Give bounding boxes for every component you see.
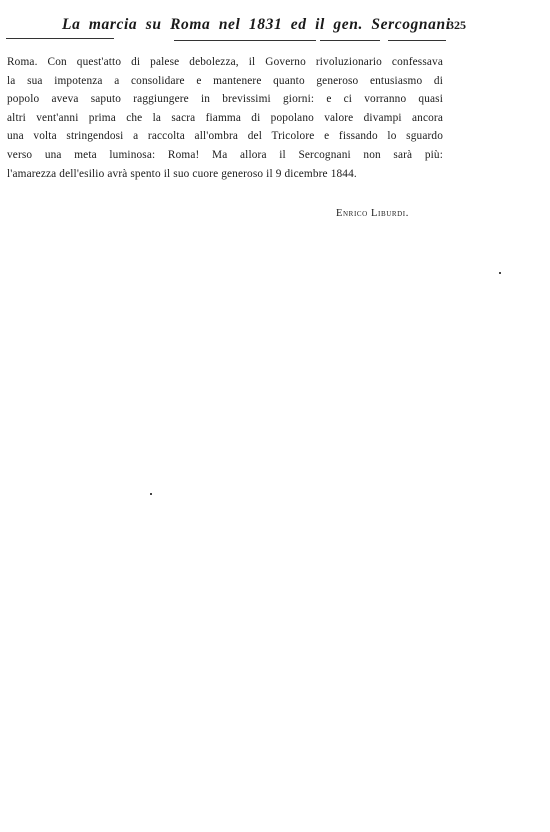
scan-speck xyxy=(150,493,152,495)
header-rule-right xyxy=(320,40,380,41)
page-header: La marcia su Roma nel 1831 ed il gen. Se… xyxy=(0,14,550,44)
page-number: 325 xyxy=(448,18,466,33)
body-paragraph: Roma. Con quest'atto di palese debolezza… xyxy=(7,53,443,183)
text-line: altri vent'anni prima che la sacra fiamm… xyxy=(7,109,443,128)
header-rule-left xyxy=(6,38,114,39)
author-signature: Enrico Liburdi. xyxy=(336,208,409,219)
text-line: l'amarezza dell'esilio avrà spento il su… xyxy=(7,165,443,184)
text-line: la sua impotenza a consolidare e mantene… xyxy=(7,72,443,91)
text-line: verso una meta luminosa: Roma! Ma allora… xyxy=(7,146,443,165)
header-rule-mid xyxy=(174,40,316,41)
header-rule-far-right xyxy=(388,40,446,41)
running-title: La marcia su Roma nel 1831 ed il gen. Se… xyxy=(62,16,451,34)
text-line: popolo aveva saputo raggiungere in brevi… xyxy=(7,90,443,109)
text-line: una volta stringendosi a raccolta all'om… xyxy=(7,127,443,146)
text-line: Roma. Con quest'atto di palese debolezza… xyxy=(7,53,443,72)
scan-speck xyxy=(499,272,501,274)
